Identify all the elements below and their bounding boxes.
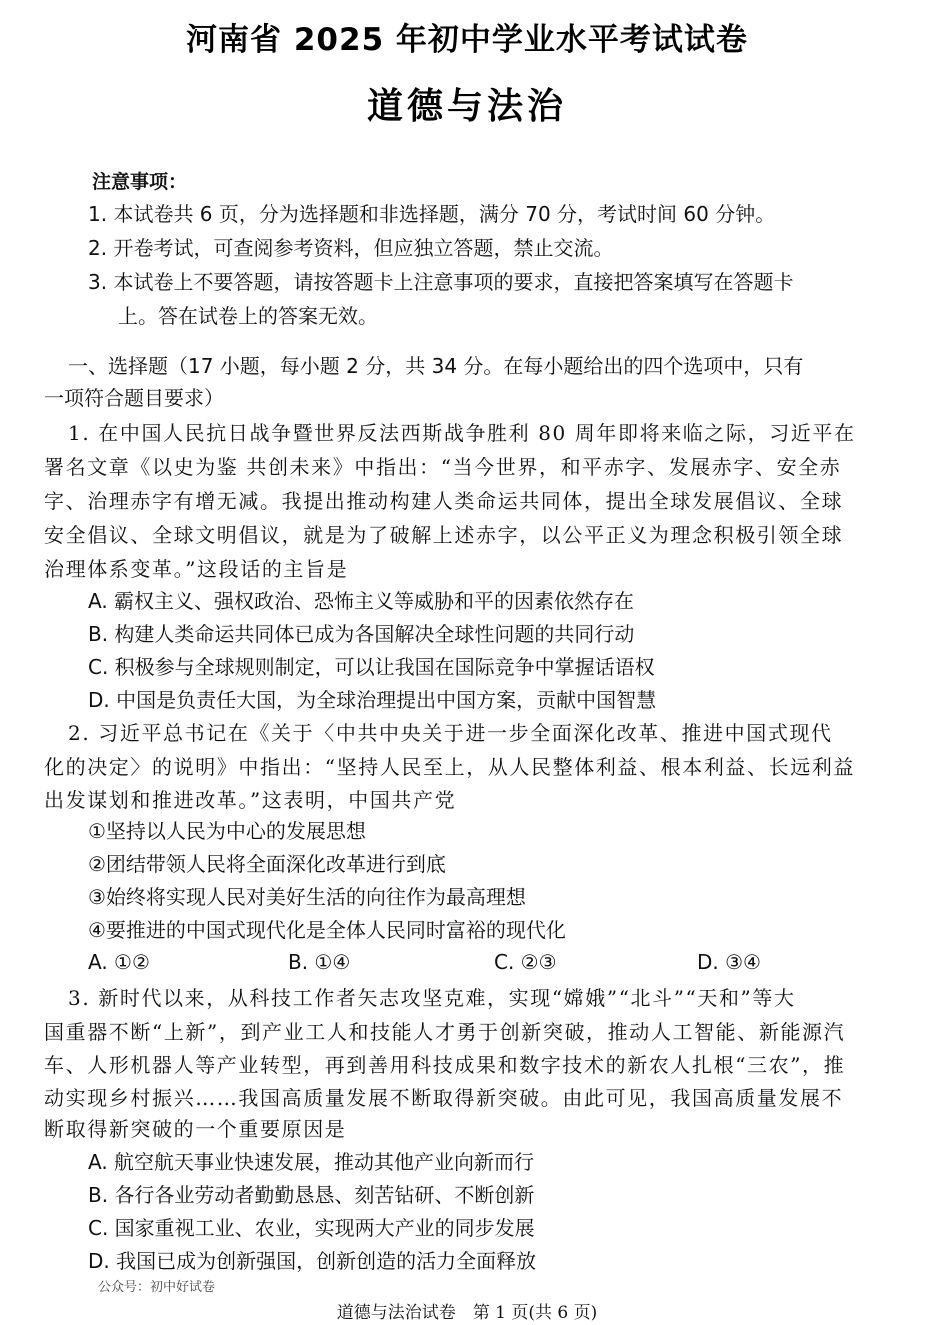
q1-option-b: B. 构建人类命运共同体已成为各国解决全球性问题的共同行动 [88, 620, 634, 648]
notice-heading: 注意事项： [92, 168, 187, 196]
q2-option-c: C. ②③ [494, 948, 557, 976]
q3-option-c: C. 国家重视工业、农业，实现两大产业的同步发展 [88, 1214, 535, 1242]
q2-statement-1: ①坚持以人民为中心的发展思想 [88, 817, 366, 845]
q1-stem-line-2: 署名文章《以史为鉴 共创未来》中指出：“当今世界，和平赤字、发展赤字、安全赤 [44, 453, 841, 481]
q1-stem-line-4: 安全倡议、全球文明倡议，就是为了破解上述赤字，以公平正义为理念积极引领全球 [44, 521, 843, 549]
q2-statement-2: ②团结带领人民将全面深化改革进行到底 [88, 850, 446, 878]
q3-option-a: A. 航空航天事业快速发展，推动其他产业向新而行 [88, 1148, 534, 1176]
exam-title: 河南省 2025 年初中学业水平考试试卷 [0, 14, 934, 59]
q2-stem-line-1: 2. 习近平总书记在《关于〈中共中央关于进一步全面深化改革、推进中国式现代 [68, 719, 833, 747]
notice-line-3-cont: 上。答在试卷上的答案无效。 [118, 302, 378, 330]
q2-option-b: B. ①④ [288, 948, 350, 976]
subject-title: 道德与法治 [0, 78, 934, 129]
notice-line-1: 1. 本试卷共 6 页，分为选择题和非选择题，满分 70 分，考试时间 60 分… [88, 200, 775, 228]
exam-page: 河南省 2025 年初中学业水平考试试卷 道德与法治 注意事项： 1. 本试卷共… [0, 0, 934, 1325]
notice-line-3: 3. 本试卷上不要答题，请按答题卡上注意事项的要求，直接把答案填写在答题卡 [88, 268, 793, 296]
q2-statement-4: ④要推进的中国式现代化是全体人民同时富裕的现代化 [88, 916, 566, 944]
q3-stem-line-2: 国重器不断“上新”，到产业工人和技能人才勇于创新突破，推动人工智能、新能源汽 [44, 1018, 845, 1046]
q2-option-d: D. ③④ [697, 948, 761, 976]
q1-option-c: C. 积极参与全球规则制定，可以让我国在国际竞争中掌握话语权 [88, 653, 655, 681]
q2-option-a: A. ①② [88, 948, 150, 976]
q3-option-d: D. 我国已成为创新强国，创新创造的活力全面释放 [88, 1247, 536, 1275]
q1-option-a: A. 霸权主义、强权政治、恐怖主义等威胁和平的因素依然存在 [88, 587, 634, 615]
q2-stem-line-2: 化的决定〉的说明》中指出：“坚持人民至上，从人民整体利益、根本利益、长远利益 [44, 753, 855, 781]
q2-statement-3: ③始终将实现人民对美好生活的向往作为最高理想 [88, 883, 526, 911]
q2-stem-line-3: 出发谋划和推进改革。”这表明，中国共产党 [44, 786, 456, 814]
q3-stem-line-3: 车、人形机器人等产业转型，再到善用科技成果和数字技术的新农人扎根“三农”，推 [44, 1051, 845, 1079]
q3-stem-line-4: 动实现乡村振兴……我国高质量发展不断取得新突破。由此可见，我国高质量发展不 [44, 1084, 843, 1112]
section-heading-line-2: 一项符合题目要求） [44, 384, 224, 412]
q3-stem-line-5: 断取得新突破的一个重要原因是 [44, 1115, 346, 1143]
watermark-text: 公众号：初中好试卷 [98, 1276, 215, 1295]
q3-option-b: B. 各行各业劳动者勤勤恳恳、刻苦钻研、不断创新 [88, 1181, 534, 1209]
section-heading-line-1: 一、选择题（17 小题，每小题 2 分，共 34 分。在每小题给出的四个选项中，… [68, 352, 803, 380]
q3-stem-line-1: 3. 新时代以来，从科技工作者矢志攻坚克难，实现“嫦娥”“北斗”“天和”等大 [68, 984, 796, 1012]
q1-option-d: D. 中国是负责任大国，为全球治理提出中国方案，贡献中国智慧 [88, 686, 656, 714]
q1-stem-line-5: 治理体系变革。”这段话的主旨是 [44, 555, 348, 583]
q1-stem-line-1: 1. 在中国人民抗日战争暨世界反法西斯战争胜利 80 周年即将来临之际，习近平在 [68, 419, 856, 447]
page-number: 道德与法治试卷 第 1 页(共 6 页) [0, 1298, 934, 1323]
notice-line-2: 2. 开卷考试，可查阅参考资料，但应独立答题，禁止交流。 [88, 234, 613, 262]
q1-stem-line-3: 字、治理赤字有增无减。我提出推动构建人类命运共同体，提出全球发展倡议、全球 [44, 487, 843, 515]
